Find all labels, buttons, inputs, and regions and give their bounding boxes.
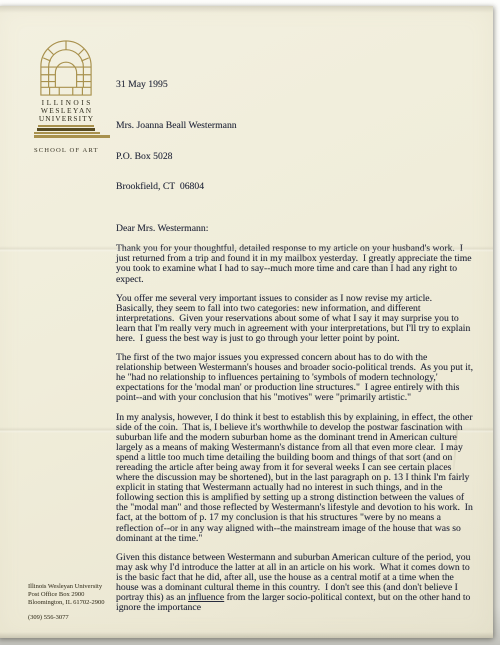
paragraph-1: Thank you for your thoughtful, detailed … <box>116 244 474 284</box>
recipient-address: Mrs. Joanna Beall Westermann P.O. Box 50… <box>116 101 474 212</box>
gold-bar <box>34 135 110 138</box>
gold-bar <box>38 125 94 127</box>
school-of-art-label: SCHOOL OF ART <box>34 147 98 154</box>
paragraph-4: In my analysis, however, I do think it b… <box>116 413 474 544</box>
letterhead-rule-bars <box>34 125 98 138</box>
letter-date: 31 May 1995 <box>116 80 474 90</box>
recipient-city-state-zip: Brookfield, CT 06804 <box>116 182 474 192</box>
letter-body: 31 May 1995 Mrs. Joanna Beall Westermann… <box>116 80 474 622</box>
recipient-po-box: P.O. Box 5028 <box>116 152 474 162</box>
gold-bar <box>34 132 100 134</box>
letterhead-footer: Illinois Wesleyan University Post Office… <box>28 583 105 622</box>
university-name-line3: UNIVERSITY <box>35 115 98 123</box>
scanned-letter-screenshot: ILLINOIS WESLEYAN UNIVERSITY SCHOOL OF A… <box>0 0 500 645</box>
letterhead: ILLINOIS WESLEYAN UNIVERSITY SCHOOL OF A… <box>34 40 98 154</box>
footer-city-state-zip: Bloomington, IL 61702-2900 <box>28 599 105 607</box>
footer-phone: (309) 556-3077 <box>28 614 105 622</box>
paragraph-3: The first of the two major issues you ex… <box>116 353 474 403</box>
salutation: Dear Mrs. Westermann: <box>116 224 474 234</box>
paragraph-2: You offer me several very important issu… <box>116 294 474 344</box>
footer-po-box: Post Office Box 2900 <box>28 591 105 599</box>
arched-window-icon <box>38 40 94 96</box>
recipient-name: Mrs. Joanna Beall Westermann <box>116 121 474 131</box>
dark-bar <box>37 128 95 131</box>
paragraph-5: Given this distance between Westermann a… <box>116 553 474 614</box>
letter-page: ILLINOIS WESLEYAN UNIVERSITY SCHOOL OF A… <box>0 6 493 638</box>
footer-university: Illinois Wesleyan University <box>28 583 105 591</box>
